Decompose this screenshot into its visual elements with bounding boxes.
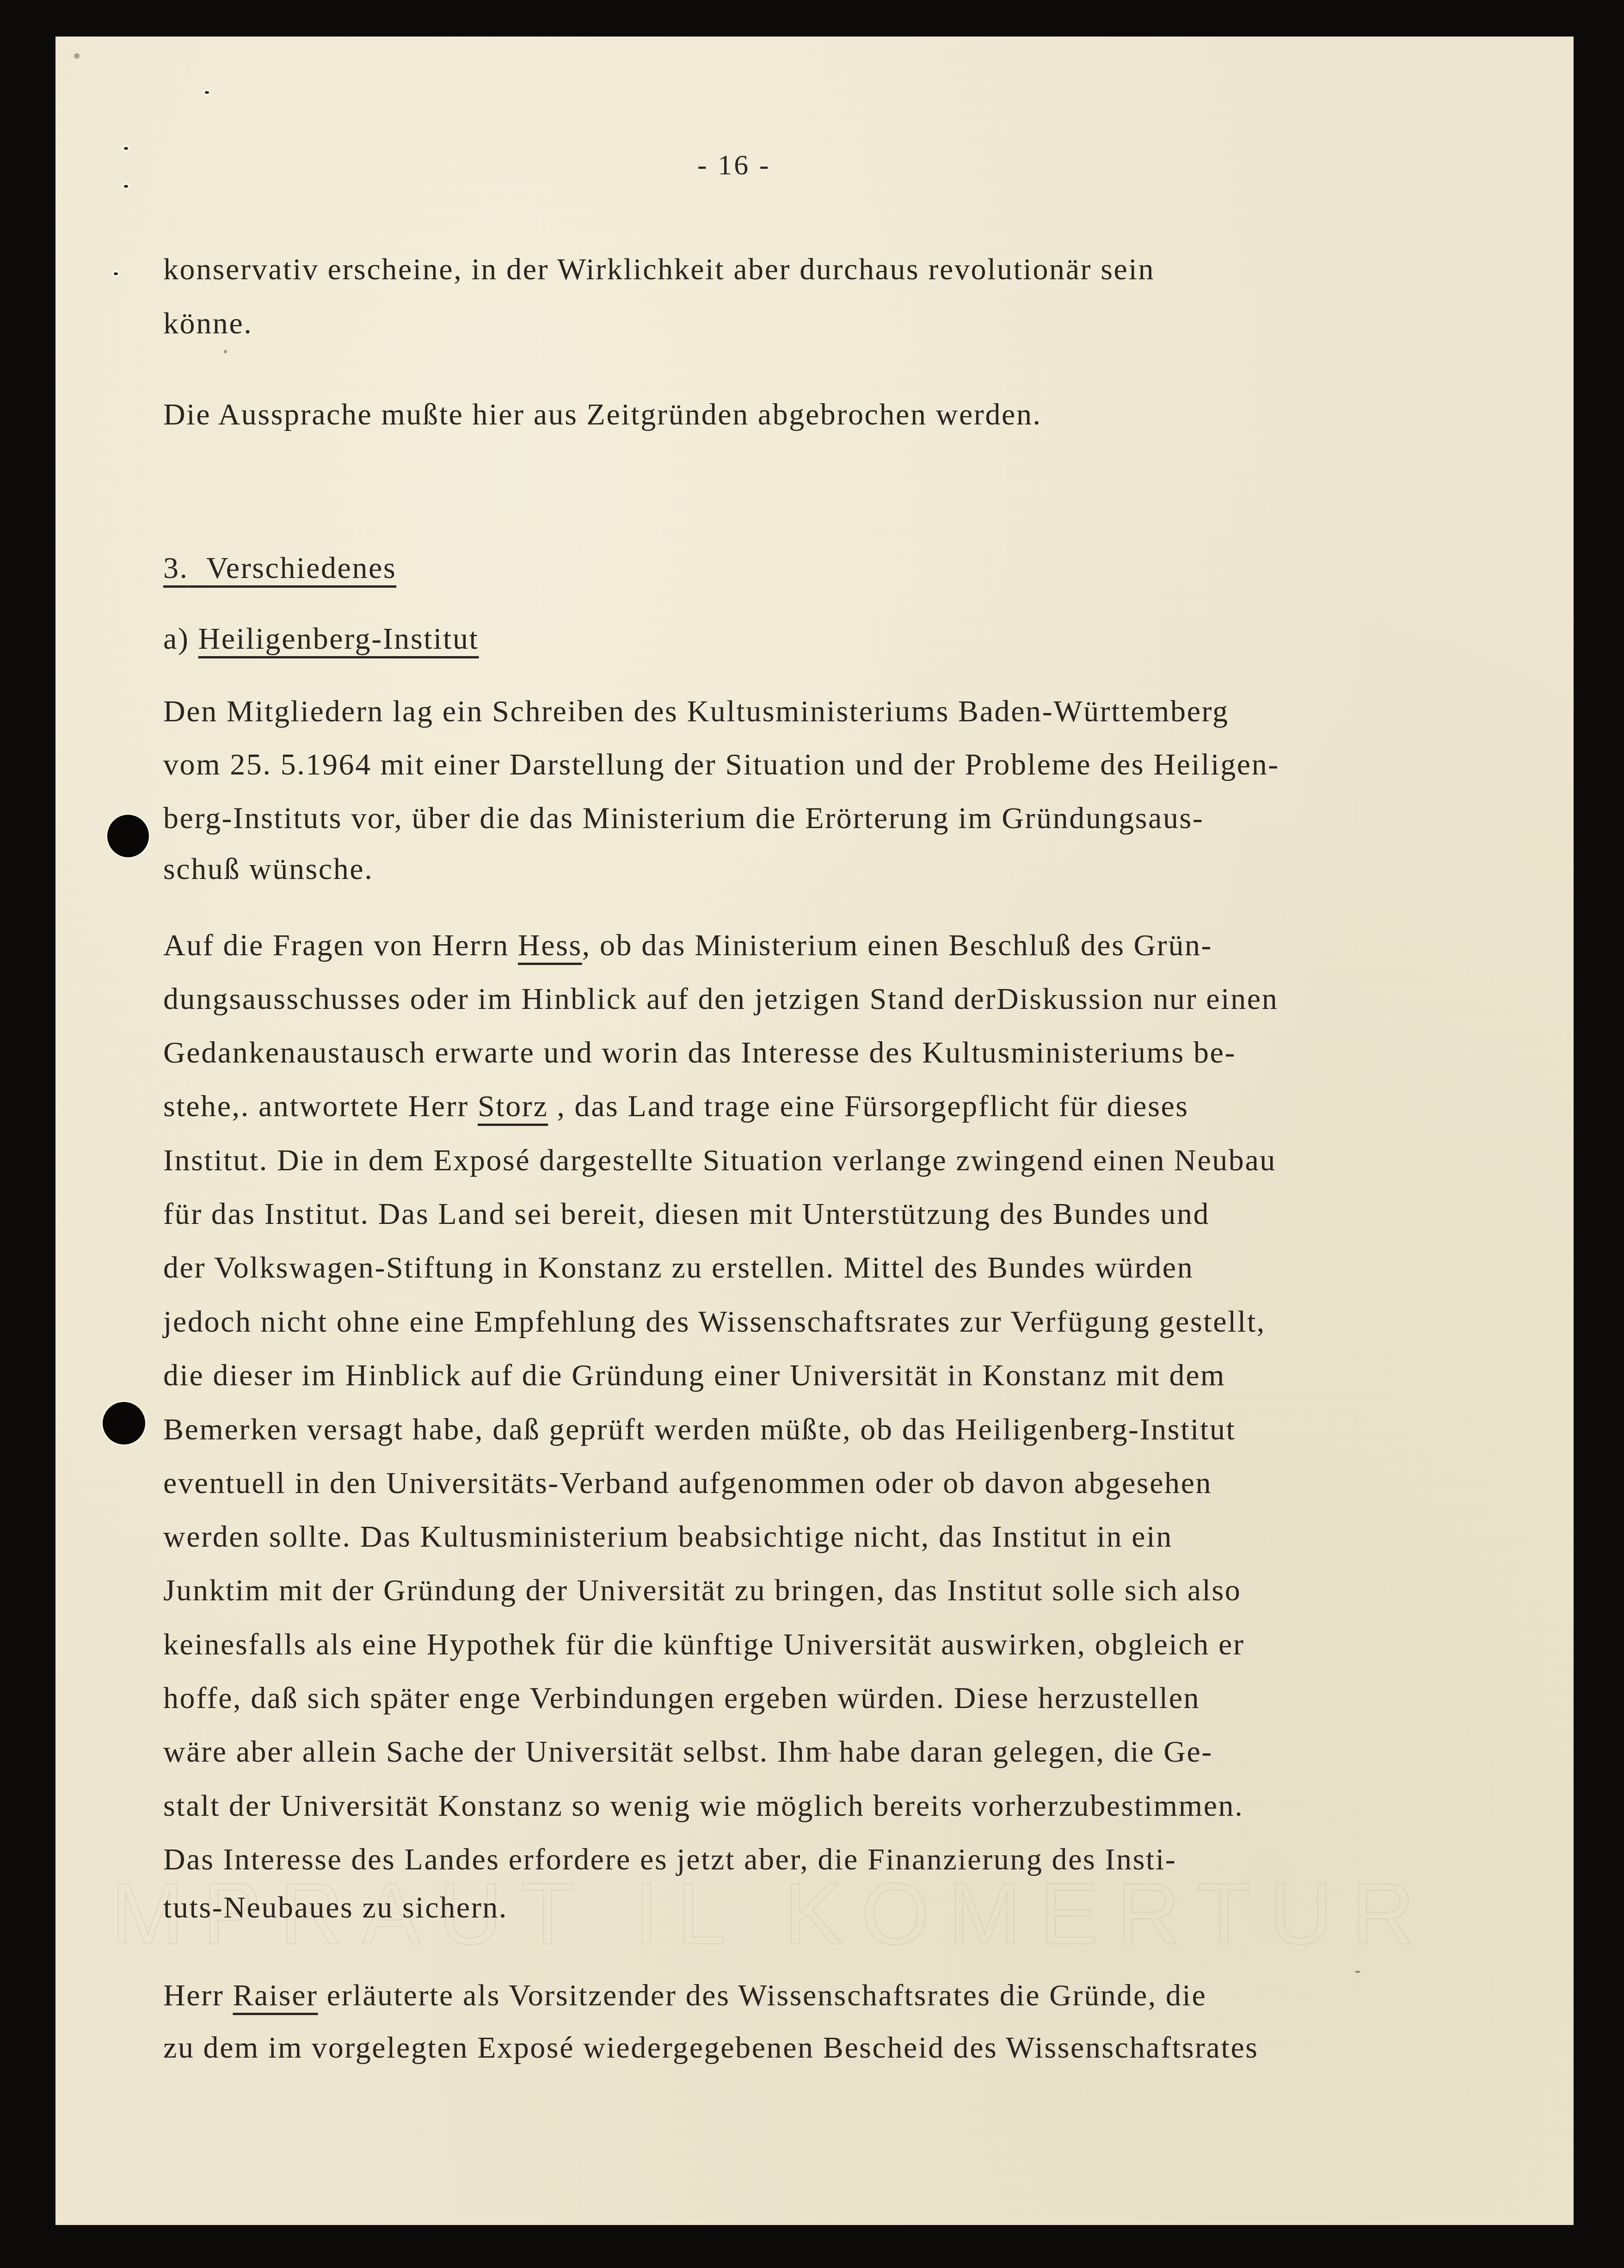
- text-fragment: Herr: [163, 1979, 233, 2012]
- text-fragment: stehe,. antwortete Herr: [163, 1089, 478, 1123]
- text-line: jedoch nicht ohne eine Empfehlung des Wi…: [163, 1307, 1266, 1337]
- person-name-hess: Hess: [518, 928, 582, 962]
- text-line: schuß wünsche.: [163, 854, 373, 885]
- text-line: Die Aussprache mußte hier aus Zeitgründe…: [163, 400, 1042, 430]
- section-heading-text: 3. Verschiedenes: [163, 551, 396, 585]
- text-line: werden sollte. Das Kultusministerium bea…: [163, 1522, 1173, 1552]
- text-line: Institut. Die in dem Exposé dargestellte…: [163, 1145, 1276, 1176]
- text-line: hoffe, daß sich später enge Verbindungen…: [163, 1683, 1200, 1714]
- subsection-title: Heiligenberg-Institut: [198, 622, 479, 656]
- text-line: könne.: [163, 308, 252, 339]
- text-line: konservativ erscheine, in der Wirklichke…: [163, 254, 1155, 285]
- text-fragment: Auf die Fragen von Herrn: [163, 928, 518, 962]
- text-fragment: , ob das Ministerium einen Beschluß des …: [582, 928, 1212, 962]
- text-line: stalt der Universität Konstanz so wenig …: [163, 1791, 1243, 1821]
- pinhole-mark: [124, 185, 128, 188]
- text-line: vom 25. 5.1964 mit einer Darstellung der…: [163, 750, 1280, 780]
- paper-speck: [74, 53, 80, 59]
- pinhole-mark: [114, 272, 118, 275]
- section-number: 3.: [163, 551, 189, 585]
- person-name-storz: Storz: [478, 1089, 548, 1123]
- section-heading: 3. Verschiedenes: [163, 553, 396, 584]
- text-line: tuts-Neubaues zu sichern.: [163, 1893, 508, 1923]
- text-line: Junktim mit der Gründung der Universität…: [163, 1575, 1241, 1606]
- text-line: für das Institut. Das Land sei bereit, d…: [163, 1199, 1210, 1229]
- text-line: Gedankenaustausch erwarte und worin das …: [163, 1038, 1236, 1068]
- person-name-raiser: Raiser: [233, 1979, 318, 2012]
- paper-speck: [1355, 1971, 1360, 1973]
- text-line: berg-Instituts vor, über die das Ministe…: [163, 803, 1204, 834]
- punch-hole: [107, 815, 149, 857]
- text-line: Das Interesse des Landes erfordere es je…: [163, 1844, 1176, 1875]
- text-line: dungsausschusses oder im Hinblick auf de…: [163, 984, 1278, 1014]
- text-fragment: , das Land trage eine Fürsorgepflicht fü…: [548, 1089, 1188, 1123]
- paper-speck: [224, 350, 227, 353]
- text-line: Bemerken versagt habe, daß geprüft werde…: [163, 1414, 1236, 1445]
- text-line: Herr Raiser erläuterte als Vorsitzender …: [163, 1980, 1206, 2011]
- text-line: Auf die Fragen von Herrn Hess, ob das Mi…: [163, 930, 1212, 961]
- punch-hole: [103, 1402, 145, 1444]
- subsection-marker: a): [163, 622, 189, 656]
- text-line: keinesfalls als eine Hypothek für die kü…: [163, 1629, 1244, 1660]
- pinhole-mark: [205, 91, 209, 94]
- subsection-heading: a) Heiligenberg-Institut: [163, 624, 479, 654]
- text-line: Den Mitgliedern lag ein Schreiben des Ku…: [163, 696, 1229, 727]
- text-fragment: erläuterte als Vorsitzender des Wissensc…: [318, 1979, 1207, 2012]
- section-title: Verschiedenes: [206, 551, 396, 585]
- text-line: zu dem im vorgelegten Exposé wiedergegeb…: [163, 2033, 1259, 2063]
- pinhole-mark: [124, 147, 128, 150]
- page-number: - 16 -: [697, 149, 770, 182]
- text-line: die dieser im Hinblick auf die Gründung …: [163, 1360, 1225, 1391]
- text-line: wäre aber allein Sache der Universität s…: [163, 1737, 1213, 1767]
- text-line: der Volkswagen-Stiftung in Konstanz zu e…: [163, 1253, 1193, 1283]
- text-line: eventuell in den Universitäts-Verband au…: [163, 1468, 1212, 1499]
- text-line: stehe,. antwortete Herr Storz , das Land…: [163, 1091, 1189, 1122]
